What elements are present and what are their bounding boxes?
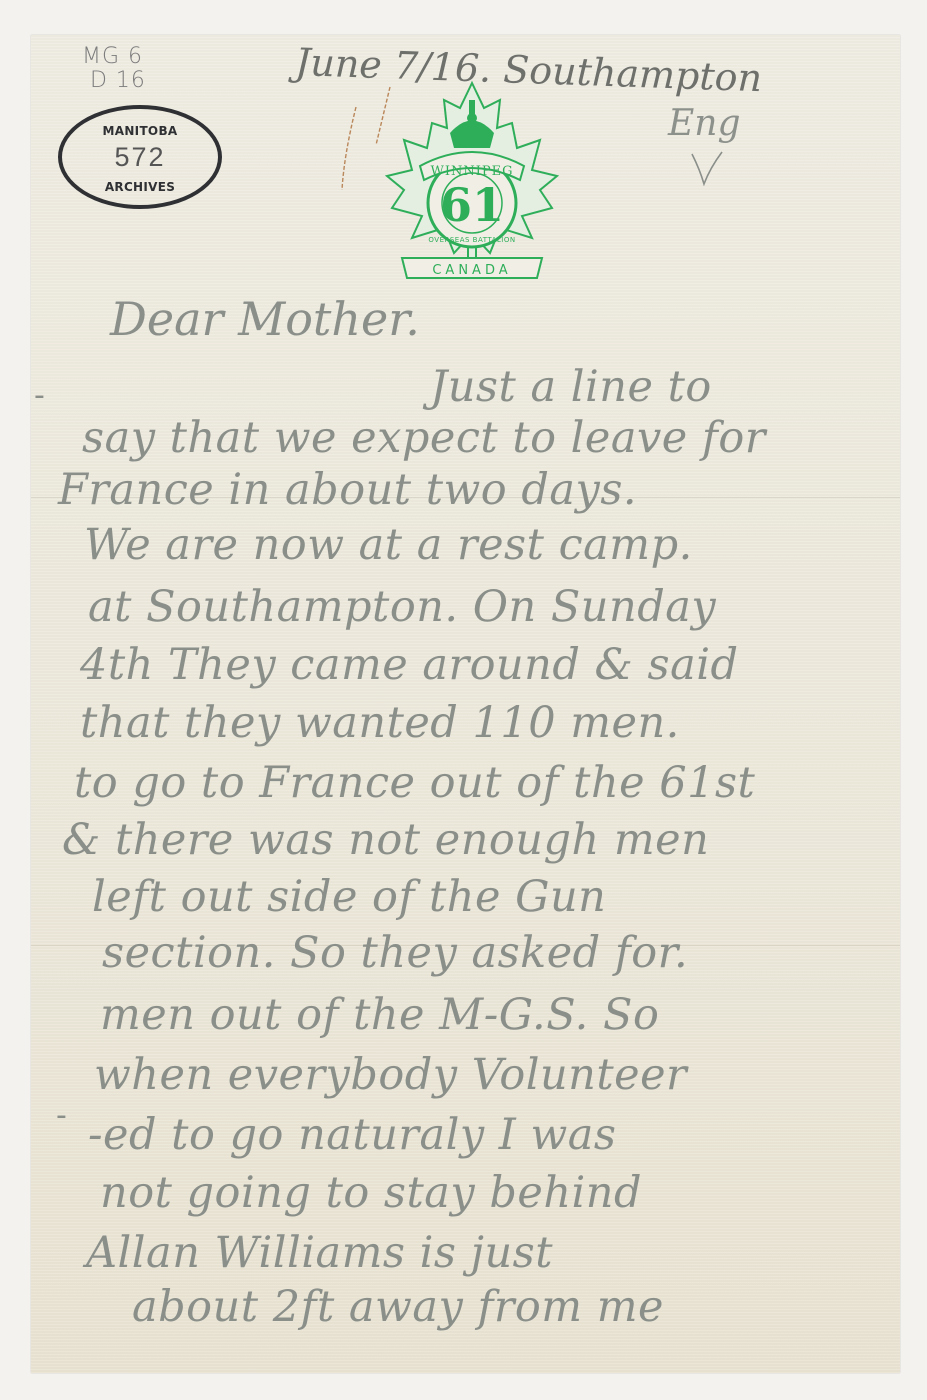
body-line: that they wanted 110 men. — [80, 698, 680, 748]
check-mark-icon — [690, 150, 724, 186]
body-line: Allan Williams is just — [86, 1228, 553, 1278]
body-line: Just a line to — [430, 362, 712, 412]
letter-place: Southampton — [503, 47, 763, 100]
maple-leaf-crest-icon: WINNIPEG 61 OVERSEAS BATTALION CANADA — [372, 78, 572, 288]
archive-reference-line1: MG 6 — [82, 45, 146, 69]
archive-stamp: MANITOBA 572 ARCHIVES — [58, 105, 222, 209]
body-line: when everybody Volunteer — [94, 1050, 687, 1100]
body-line: 4th They came around & said — [80, 640, 738, 690]
stamp-number: 572 — [62, 142, 218, 173]
crest-banner-top: WINNIPEG — [430, 164, 513, 179]
crest-ring-text: OVERSEAS BATTALION — [428, 236, 515, 244]
stamp-top-text: MANITOBA — [62, 124, 218, 138]
crest-number: 61 — [440, 178, 504, 232]
body-line: -ed to go naturaly I was — [88, 1110, 616, 1160]
archive-reference: MG 6 D 16 — [82, 45, 146, 93]
crest-banner-bottom: CANADA — [432, 263, 511, 278]
body-line: left out side of the Gun — [92, 872, 606, 922]
letter-date: June 7/16. — [294, 40, 492, 91]
body-line: say that we expect to leave for — [82, 413, 766, 463]
body-line: & there was not enough men — [62, 815, 709, 865]
body-line: men out of the M-G.S. So — [100, 990, 659, 1040]
archive-reference-line2: D 16 — [82, 69, 146, 93]
body-line: not going to stay behind — [100, 1168, 642, 1218]
margin-dash: - — [34, 378, 45, 413]
body-line: section. So they asked for. — [102, 928, 688, 978]
letter-place-line2: Eng — [668, 103, 741, 144]
body-line: We are now at a rest camp. — [84, 520, 693, 570]
stamp-bottom-text: ARCHIVES — [62, 180, 218, 194]
margin-dash: - — [56, 1098, 67, 1133]
body-line: to go to France out of the 61st — [74, 758, 755, 808]
body-line: about 2ft away from me — [132, 1282, 664, 1332]
body-line: France in about two days. — [58, 465, 637, 515]
body-line: at Southampton. On Sunday — [88, 582, 716, 632]
letter-salutation: Dear Mother. — [110, 292, 420, 346]
